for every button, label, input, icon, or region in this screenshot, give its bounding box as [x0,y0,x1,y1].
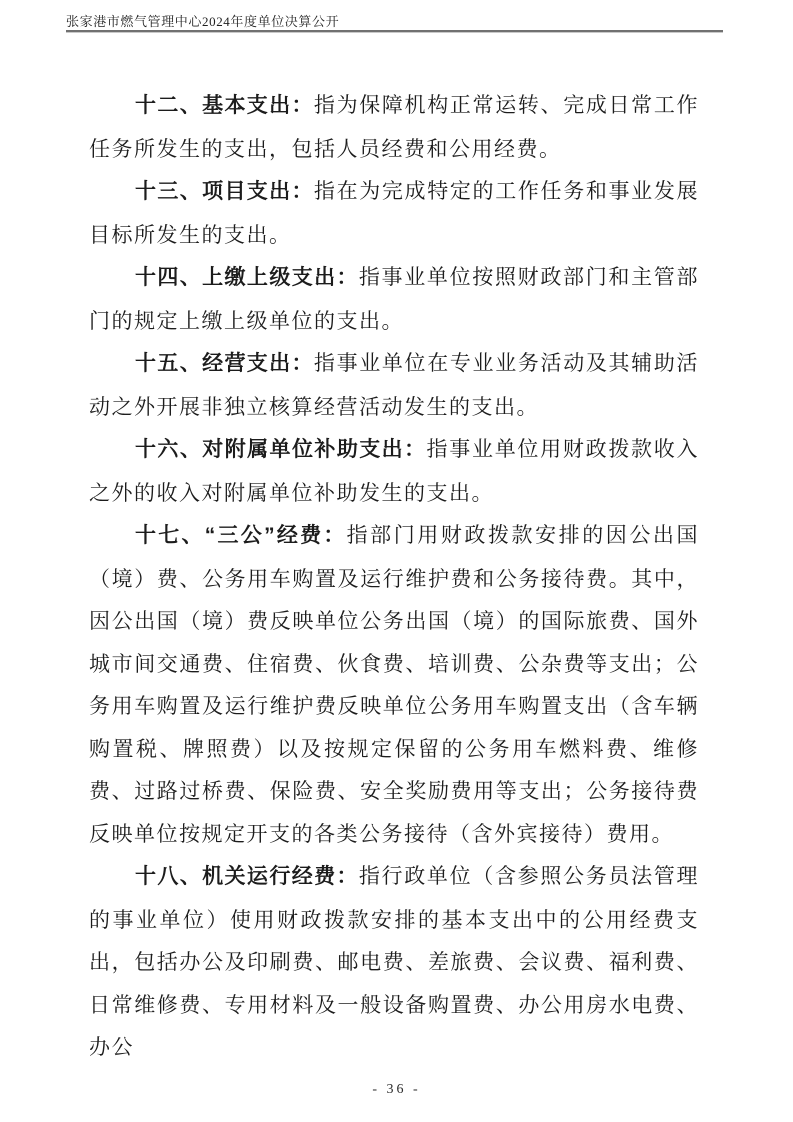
paragraph-17-text: 指部门用财政拨款安排的因公出国（境）费、公务用车购置及运行维护费和公务接待费。其… [89,523,699,846]
paragraph-16: 十六、对附属单位补助支出：指事业单位用财政拨款收入之外的收入对附属单位补助发生的… [89,428,699,514]
paragraph-18-text: 指行政单位（含参照公务员法管理的事业单位）使用财政拨款安排的基本支出中的公用经费… [89,864,699,1059]
paragraph-15: 十五、经营支出：指事业单位在专业业务活动及其辅助活动之外开展非独立核算经营活动发… [89,342,699,428]
paragraph-18: 十八、机关运行经费：指行政单位（含参照公务员法管理的事业单位）使用财政拨款安排的… [89,855,699,1069]
document-body: 十二、基本支出：指为保障机构正常运转、完成日常工作任务所发生的支出，包括人员经费… [89,84,699,1069]
header-rule [66,30,723,33]
paragraph-13-lead: 十三、项目支出： [135,180,314,203]
page-number: - 36 - [372,1082,420,1097]
paragraph-12: 十二、基本支出：指为保障机构正常运转、完成日常工作任务所发生的支出，包括人员经费… [89,84,699,170]
page-footer: - 36 - [0,1082,793,1098]
paragraph-15-lead: 十五、经营支出： [135,352,314,375]
paragraph-14: 十四、上缴上级支出：指事业单位按照财政部门和主管部门的规定上缴上级单位的支出。 [89,256,699,342]
paragraph-12-lead: 十二、基本支出： [135,94,314,117]
paragraph-16-lead: 十六、对附属单位补助支出： [135,438,427,461]
paragraph-18-lead: 十八、机关运行经费： [135,865,359,888]
document-page: 张家港市燃气管理中心2024年度单位决算公开 十二、基本支出：指为保障机构正常运… [0,0,793,1122]
paragraph-14-lead: 十四、上缴上级支出： [135,266,359,289]
header-title: 张家港市燃气管理中心2024年度单位决算公开 [66,11,339,30]
paragraph-17-lead: 十七、“三公”经费： [135,524,347,547]
paragraph-17: 十七、“三公”经费：指部门用财政拨款安排的因公出国（境）费、公务用车购置及运行维… [89,514,699,855]
paragraph-13: 十三、项目支出：指在为完成特定的工作任务和事业发展目标所发生的支出。 [89,170,699,256]
